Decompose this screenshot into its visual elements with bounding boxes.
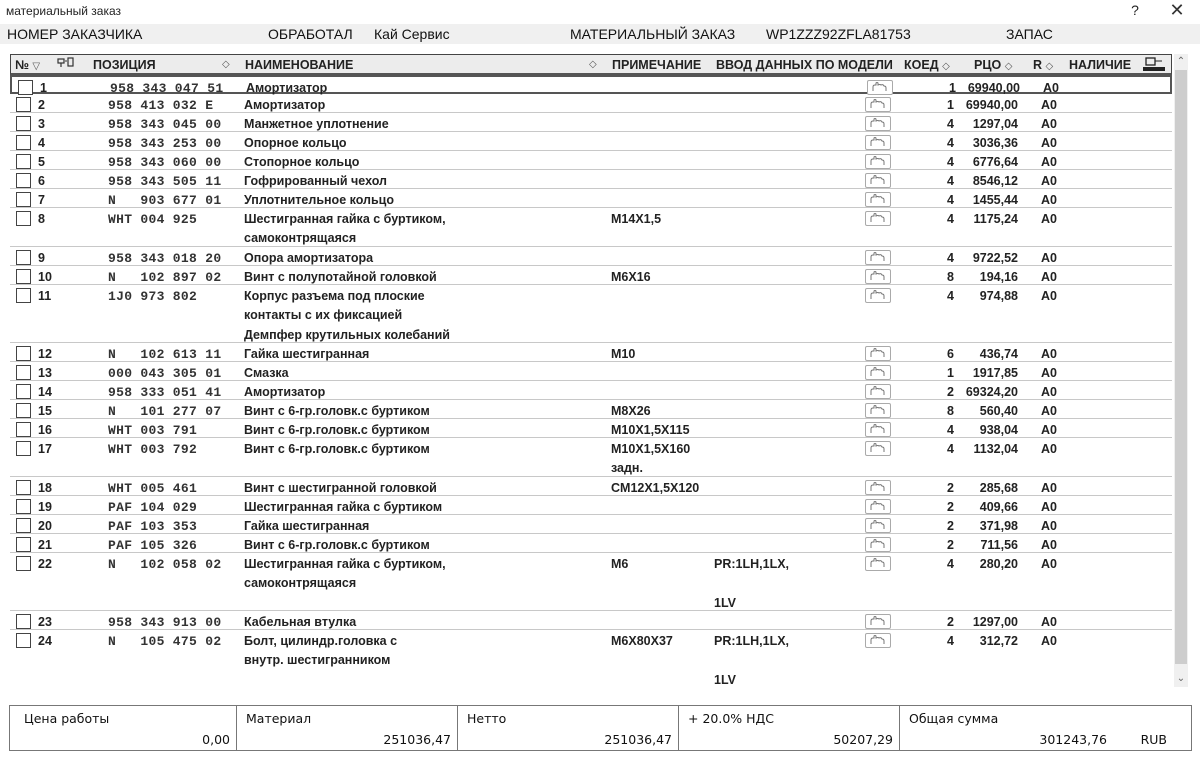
table-row[interactable]: 20PAF 103 353Гайка шестигранная2371,98A0 <box>10 515 1172 534</box>
model-input-button[interactable] <box>865 441 891 456</box>
labor-price-label: Цена работы <box>24 711 109 726</box>
table-row[interactable]: 1958 343 047 51Амортизатор169940,00A0 <box>10 75 1172 94</box>
hand-icon <box>866 481 890 494</box>
row-checkbox[interactable] <box>16 135 31 150</box>
table-row[interactable]: 2958 413 032 EАмортизатор169940,00A0 <box>10 94 1172 113</box>
part-name: Шестигранная гайка с буртиком, <box>244 555 446 574</box>
part-number: 1J0 973 802 <box>108 287 197 306</box>
r-code: A0 <box>1041 555 1057 574</box>
hand-icon <box>866 538 890 551</box>
hand-icon <box>866 634 890 647</box>
table-row[interactable]: 24N 105 475 02Болт, цилиндр.головка свну… <box>10 630 1172 687</box>
sort-icon[interactable]: ◇ <box>222 59 230 70</box>
parts-grid: № ▽ ПОЗИЦИЯ ◇ НАИМЕНОВАНИЕ ◇ ПРИМЕЧАНИЕ … <box>10 54 1172 687</box>
column-num[interactable]: № ▽ <box>15 58 40 72</box>
hand-icon <box>866 519 890 532</box>
part-note: M10X1,5X160 <box>611 440 690 459</box>
model-input-button[interactable] <box>865 365 891 380</box>
net-cell: Нетто 251036,47 <box>458 706 679 750</box>
model-input-button[interactable] <box>865 269 891 284</box>
row-checkbox[interactable] <box>16 403 31 418</box>
row-checkbox[interactable] <box>16 556 31 571</box>
close-button[interactable]: ✕ <box>1168 0 1186 21</box>
table-row[interactable]: 17WHT 003 792Винт с 6-гр.головк.с буртик… <box>10 438 1172 477</box>
table-row[interactable]: 19PAF 104 029Шестигранная гайка с буртик… <box>10 496 1172 515</box>
scroll-thumb[interactable] <box>1175 70 1187 664</box>
currency-label: RUB <box>1141 732 1167 747</box>
row-checkbox[interactable] <box>16 346 31 361</box>
order-info-bar: НОМЕР ЗАКАЗЧИКА ОБРАБОТАЛ Кай Сервис МАТ… <box>0 24 1200 44</box>
row-number: 22 <box>38 555 52 574</box>
material-order-label: МАТЕРИАЛЬНЫЙ ЗАКАЗ <box>570 26 735 42</box>
column-qty[interactable]: КОЕД ◇ <box>904 58 950 72</box>
model-input-button[interactable] <box>865 346 891 361</box>
retail-price: 1132,04 <box>960 440 1018 459</box>
part-name: контакты с их фиксацией <box>244 306 402 325</box>
model-data: 1LV <box>714 671 736 687</box>
window-title: материальный заказ <box>6 4 121 18</box>
labor-price-value: 0,00 <box>202 732 230 747</box>
help-button[interactable]: ? <box>1128 2 1142 18</box>
part-number: WHT 003 792 <box>108 440 197 459</box>
table-row[interactable]: 7N 903 677 01Уплотнительное кольцо41455,… <box>10 189 1172 208</box>
part-number: N 105 475 02 <box>108 632 221 651</box>
net-label: Нетто <box>467 711 506 726</box>
table-row[interactable]: 12N 102 613 11Гайка шестиграннаяM106436,… <box>10 343 1172 362</box>
scroll-up-arrow-icon[interactable]: ⌃ <box>1174 54 1188 70</box>
table-row[interactable]: 111J0 973 802Корпус разъема под плоскиек… <box>10 285 1172 343</box>
quantity: 4 <box>900 210 954 229</box>
part-name: Винт с 6-гр.головк.с буртиком <box>244 440 430 459</box>
vin-value: WP1ZZZ92ZFLA81753 <box>766 26 911 42</box>
hand-icon <box>866 98 890 111</box>
model-input-button[interactable] <box>865 633 891 648</box>
hand-icon <box>866 615 890 628</box>
hand-icon <box>866 557 890 570</box>
row-checkbox[interactable] <box>16 499 31 514</box>
part-note: задн. <box>611 459 643 478</box>
row-checkbox[interactable] <box>18 80 33 95</box>
column-position-icon[interactable] <box>57 57 75 74</box>
sort-icon[interactable]: ◇ <box>589 59 597 70</box>
table-row[interactable]: 16WHT 003 791Винт с 6-гр.головк.с буртик… <box>10 419 1172 438</box>
part-note: M6X80X37 <box>611 632 673 651</box>
row-number: 8 <box>38 210 45 229</box>
sort-icon: ◇ <box>1046 61 1054 72</box>
model-input-button[interactable] <box>865 192 891 207</box>
labor-price-cell: Цена работы 0,00 <box>10 706 237 750</box>
model-input-button[interactable] <box>865 614 891 629</box>
row-number: 24 <box>38 632 52 651</box>
column-r[interactable]: R ◇ <box>1033 58 1053 72</box>
retail-price: 280,20 <box>960 555 1018 574</box>
retail-price: 1175,24 <box>960 210 1018 229</box>
sort-down-icon: ▽ <box>32 61 40 72</box>
table-row[interactable]: 6958 343 505 11Гофрированный чехол48546,… <box>10 170 1172 189</box>
retail-price: 312,72 <box>960 632 1018 651</box>
model-input-button[interactable] <box>865 537 891 552</box>
part-name: Шестигранная гайка с буртиком, <box>244 210 446 229</box>
model-input-button[interactable] <box>865 480 891 495</box>
customer-number-label: НОМЕР ЗАКАЗЧИКА <box>7 26 142 42</box>
row-checkbox[interactable] <box>16 154 31 169</box>
total-label: Общая сумма <box>909 711 998 726</box>
hand-icon <box>866 270 890 283</box>
material-label: Материал <box>246 711 311 726</box>
row-checkbox[interactable] <box>16 365 31 380</box>
model-input-button[interactable] <box>865 154 891 169</box>
model-input-button[interactable] <box>865 288 891 303</box>
model-input-button[interactable] <box>865 250 891 265</box>
row-checkbox[interactable] <box>16 384 31 399</box>
column-availability[interactable]: НАЛИЧИЕ <box>1069 58 1131 72</box>
model-input-button[interactable] <box>865 556 891 571</box>
title-bar: материальный заказ ? ✕ <box>0 0 1200 24</box>
table-row[interactable]: 15N 101 277 07Винт с 6-гр.головк.с бурти… <box>10 400 1172 419</box>
vat-value: 50207,29 <box>833 732 893 747</box>
part-name: самоконтрящаяся <box>244 574 356 593</box>
processed-by-value: Кай Сервис <box>374 26 450 42</box>
processed-by-label: ОБРАБОТАЛ <box>268 26 353 42</box>
hand-icon <box>866 193 890 206</box>
row-checkbox[interactable] <box>16 288 31 303</box>
hand-icon <box>868 81 892 94</box>
row-checkbox[interactable] <box>16 116 31 131</box>
quantity: 4 <box>900 440 954 459</box>
row-checkbox[interactable] <box>16 614 31 629</box>
row-checkbox[interactable] <box>16 537 31 552</box>
part-note: M14X1,5 <box>611 210 661 229</box>
vertical-scrollbar[interactable]: ⌃ ⌄ <box>1174 54 1188 687</box>
hand-icon <box>866 347 890 360</box>
row-checkbox[interactable] <box>16 173 31 188</box>
row-checkbox[interactable] <box>16 250 31 265</box>
row-checkbox[interactable] <box>16 97 31 112</box>
vat-cell: + 20.0% НДС 50207,29 <box>679 706 900 750</box>
sort-icon: ◇ <box>942 61 950 72</box>
part-number: WHT 004 925 <box>108 210 197 229</box>
part-name: самоконтрящаяся <box>244 229 356 248</box>
material-cell: Материал 251036,47 <box>237 706 458 750</box>
hand-icon <box>866 212 890 225</box>
model-input-button[interactable] <box>865 384 891 399</box>
table-row[interactable]: 8WHT 004 925Шестигранная гайка с буртико… <box>10 208 1172 247</box>
model-input-button[interactable] <box>865 135 891 150</box>
row-checkbox[interactable] <box>16 422 31 437</box>
table-row[interactable]: 10N 102 897 02Винт с полупотайной головк… <box>10 266 1172 285</box>
hand-icon <box>866 385 890 398</box>
model-input-button[interactable] <box>867 80 893 95</box>
hand-icon <box>866 404 890 417</box>
table-row[interactable]: 23958 343 913 00Кабельная втулка21297,00… <box>10 611 1172 630</box>
hand-icon <box>866 423 890 436</box>
quantity: 4 <box>900 287 954 306</box>
row-checkbox[interactable] <box>16 633 31 648</box>
table-row[interactable]: 4958 343 253 00Опорное кольцо43036,36A0 <box>10 132 1172 151</box>
hand-icon <box>866 500 890 513</box>
model-input-button[interactable] <box>865 211 891 226</box>
r-code: A0 <box>1041 287 1057 306</box>
hand-icon <box>866 174 890 187</box>
column-position[interactable]: ПОЗИЦИЯ <box>93 58 156 72</box>
table-row[interactable]: 18WHT 005 461Винт с шестигранной головко… <box>10 477 1172 496</box>
table-row[interactable]: 9958 343 018 20Опора амортизатора49722,5… <box>10 247 1172 266</box>
part-name: внутр. шестигранником <box>244 651 390 670</box>
model-data: PR:1LH,1LX, <box>714 632 789 651</box>
row-checkbox[interactable] <box>16 518 31 533</box>
hand-icon <box>866 251 890 264</box>
row-number: 17 <box>38 440 52 459</box>
column-price[interactable]: РЦО ◇ <box>974 58 1012 72</box>
part-name: Болт, цилиндр.головка с <box>244 632 397 651</box>
hand-icon <box>866 442 890 455</box>
hand-icon <box>866 136 890 149</box>
column-model-input[interactable]: ВВОД ДАННЫХ ПО МОДЕЛИ <box>716 58 893 72</box>
quantity: 4 <box>900 555 954 574</box>
vat-label: + 20.0% НДС <box>688 711 774 726</box>
grid-header: № ▽ ПОЗИЦИЯ ◇ НАИМЕНОВАНИЕ ◇ ПРИМЕЧАНИЕ … <box>10 54 1172 75</box>
table-row[interactable]: 14958 333 051 41Амортизатор269324,20A0 <box>10 381 1172 400</box>
depot-icon[interactable] <box>1142 57 1166 73</box>
model-input-button[interactable] <box>865 422 891 437</box>
row-number: 11 <box>38 287 51 306</box>
column-note[interactable]: ПРИМЕЧАНИЕ <box>612 58 701 72</box>
stock-label: ЗАПАС <box>1006 26 1053 42</box>
quantity: 4 <box>900 632 954 651</box>
total-cell: Общая сумма 301243,76 RUB <box>900 706 1191 750</box>
row-checkbox[interactable] <box>16 480 31 495</box>
model-data: PR:1LH,1LX, <box>714 555 789 574</box>
model-input-button[interactable] <box>865 499 891 514</box>
retail-price: 974,88 <box>960 287 1018 306</box>
hand-icon <box>866 289 890 302</box>
model-input-button[interactable] <box>865 403 891 418</box>
scroll-down-arrow-icon[interactable]: ⌄ <box>1174 671 1188 687</box>
model-input-button[interactable] <box>865 116 891 131</box>
model-input-button[interactable] <box>865 173 891 188</box>
table-row[interactable]: 22N 102 058 02Шестигранная гайка с бурти… <box>10 553 1172 611</box>
row-checkbox[interactable] <box>16 269 31 284</box>
net-value: 251036,47 <box>604 732 672 747</box>
table-row[interactable]: 5958 343 060 00Стопорное кольцо46776,64A… <box>10 151 1172 170</box>
hand-icon <box>866 366 890 379</box>
r-code: A0 <box>1041 440 1057 459</box>
totals-panel: Цена работы 0,00 Материал 251036,47 Нетт… <box>9 705 1192 751</box>
model-input-button[interactable] <box>865 518 891 533</box>
table-row[interactable]: 3958 343 045 00Манжетное уплотнение41297… <box>10 113 1172 132</box>
model-input-button[interactable] <box>865 97 891 112</box>
part-name: Корпус разъема под плоские <box>244 287 425 306</box>
table-row[interactable]: 13000 043 305 01Смазка11917,85A0 <box>10 362 1172 381</box>
part-note: M6 <box>611 555 628 574</box>
table-row[interactable]: 21PAF 105 326Винт с 6-гр.головк.с буртик… <box>10 534 1172 553</box>
material-value: 251036,47 <box>383 732 451 747</box>
row-checkbox[interactable] <box>16 192 31 207</box>
total-value: 301243,76 <box>1039 732 1107 747</box>
hand-icon <box>866 117 890 130</box>
sort-icon: ◇ <box>1005 61 1013 72</box>
r-code: A0 <box>1041 210 1057 229</box>
pin-icon <box>57 57 75 71</box>
row-checkbox[interactable] <box>16 441 31 456</box>
hand-icon <box>866 155 890 168</box>
column-name[interactable]: НАИМЕНОВАНИЕ <box>245 58 353 72</box>
r-code: A0 <box>1041 632 1057 651</box>
row-checkbox[interactable] <box>16 211 31 226</box>
part-number: N 102 058 02 <box>108 555 221 574</box>
